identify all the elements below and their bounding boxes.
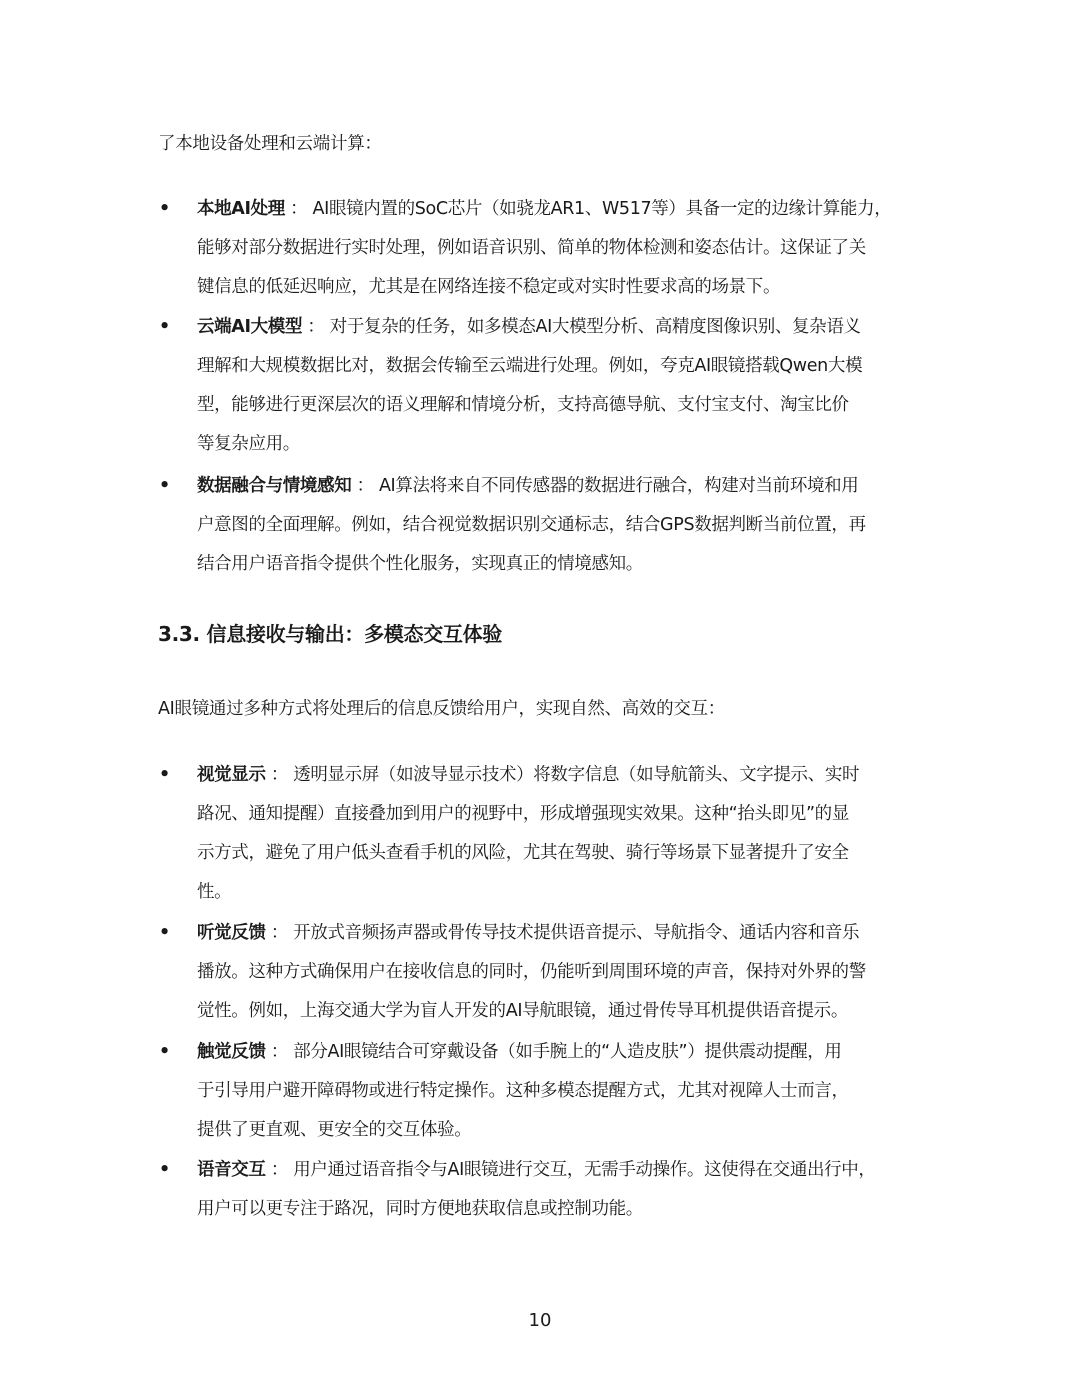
item-term: 视觉显示 xyxy=(197,765,266,785)
item-term: 数据融合与情境感知 xyxy=(197,476,351,496)
bullet-icon: • xyxy=(159,190,169,229)
item-term: 听觉反馈 xyxy=(197,923,266,943)
page-number: 10 xyxy=(0,1306,1080,1336)
bullet-icon: • xyxy=(159,1033,169,1072)
item-term: 云端AI大模型 xyxy=(197,317,302,337)
item-term: 本地AI处理 xyxy=(197,199,285,219)
bullet-icon: • xyxy=(159,756,169,795)
bullet-icon: • xyxy=(159,308,169,347)
item-term: 触觉反馈 xyxy=(197,1042,266,1062)
bullet-icon: • xyxy=(159,914,169,953)
bullet-icon: • xyxy=(159,467,169,506)
item-term: 语音交互 xyxy=(197,1160,266,1180)
section-intro: AI眼镜通过多种方式将处理后的信息反馈给用户，实现自然、高效的交互： xyxy=(158,690,948,729)
document-page: 了本地设备处理和云端计算： • 本地AI处理 ： AI眼镜内置的SoC芯片（如骁… xyxy=(0,0,1080,1398)
section-heading: 3.3. 信息接收与输出：多模态交互体验 xyxy=(158,614,502,654)
intro-fragment: 了本地设备处理和云端计算： xyxy=(158,125,948,164)
bullet-icon: • xyxy=(159,1151,169,1190)
